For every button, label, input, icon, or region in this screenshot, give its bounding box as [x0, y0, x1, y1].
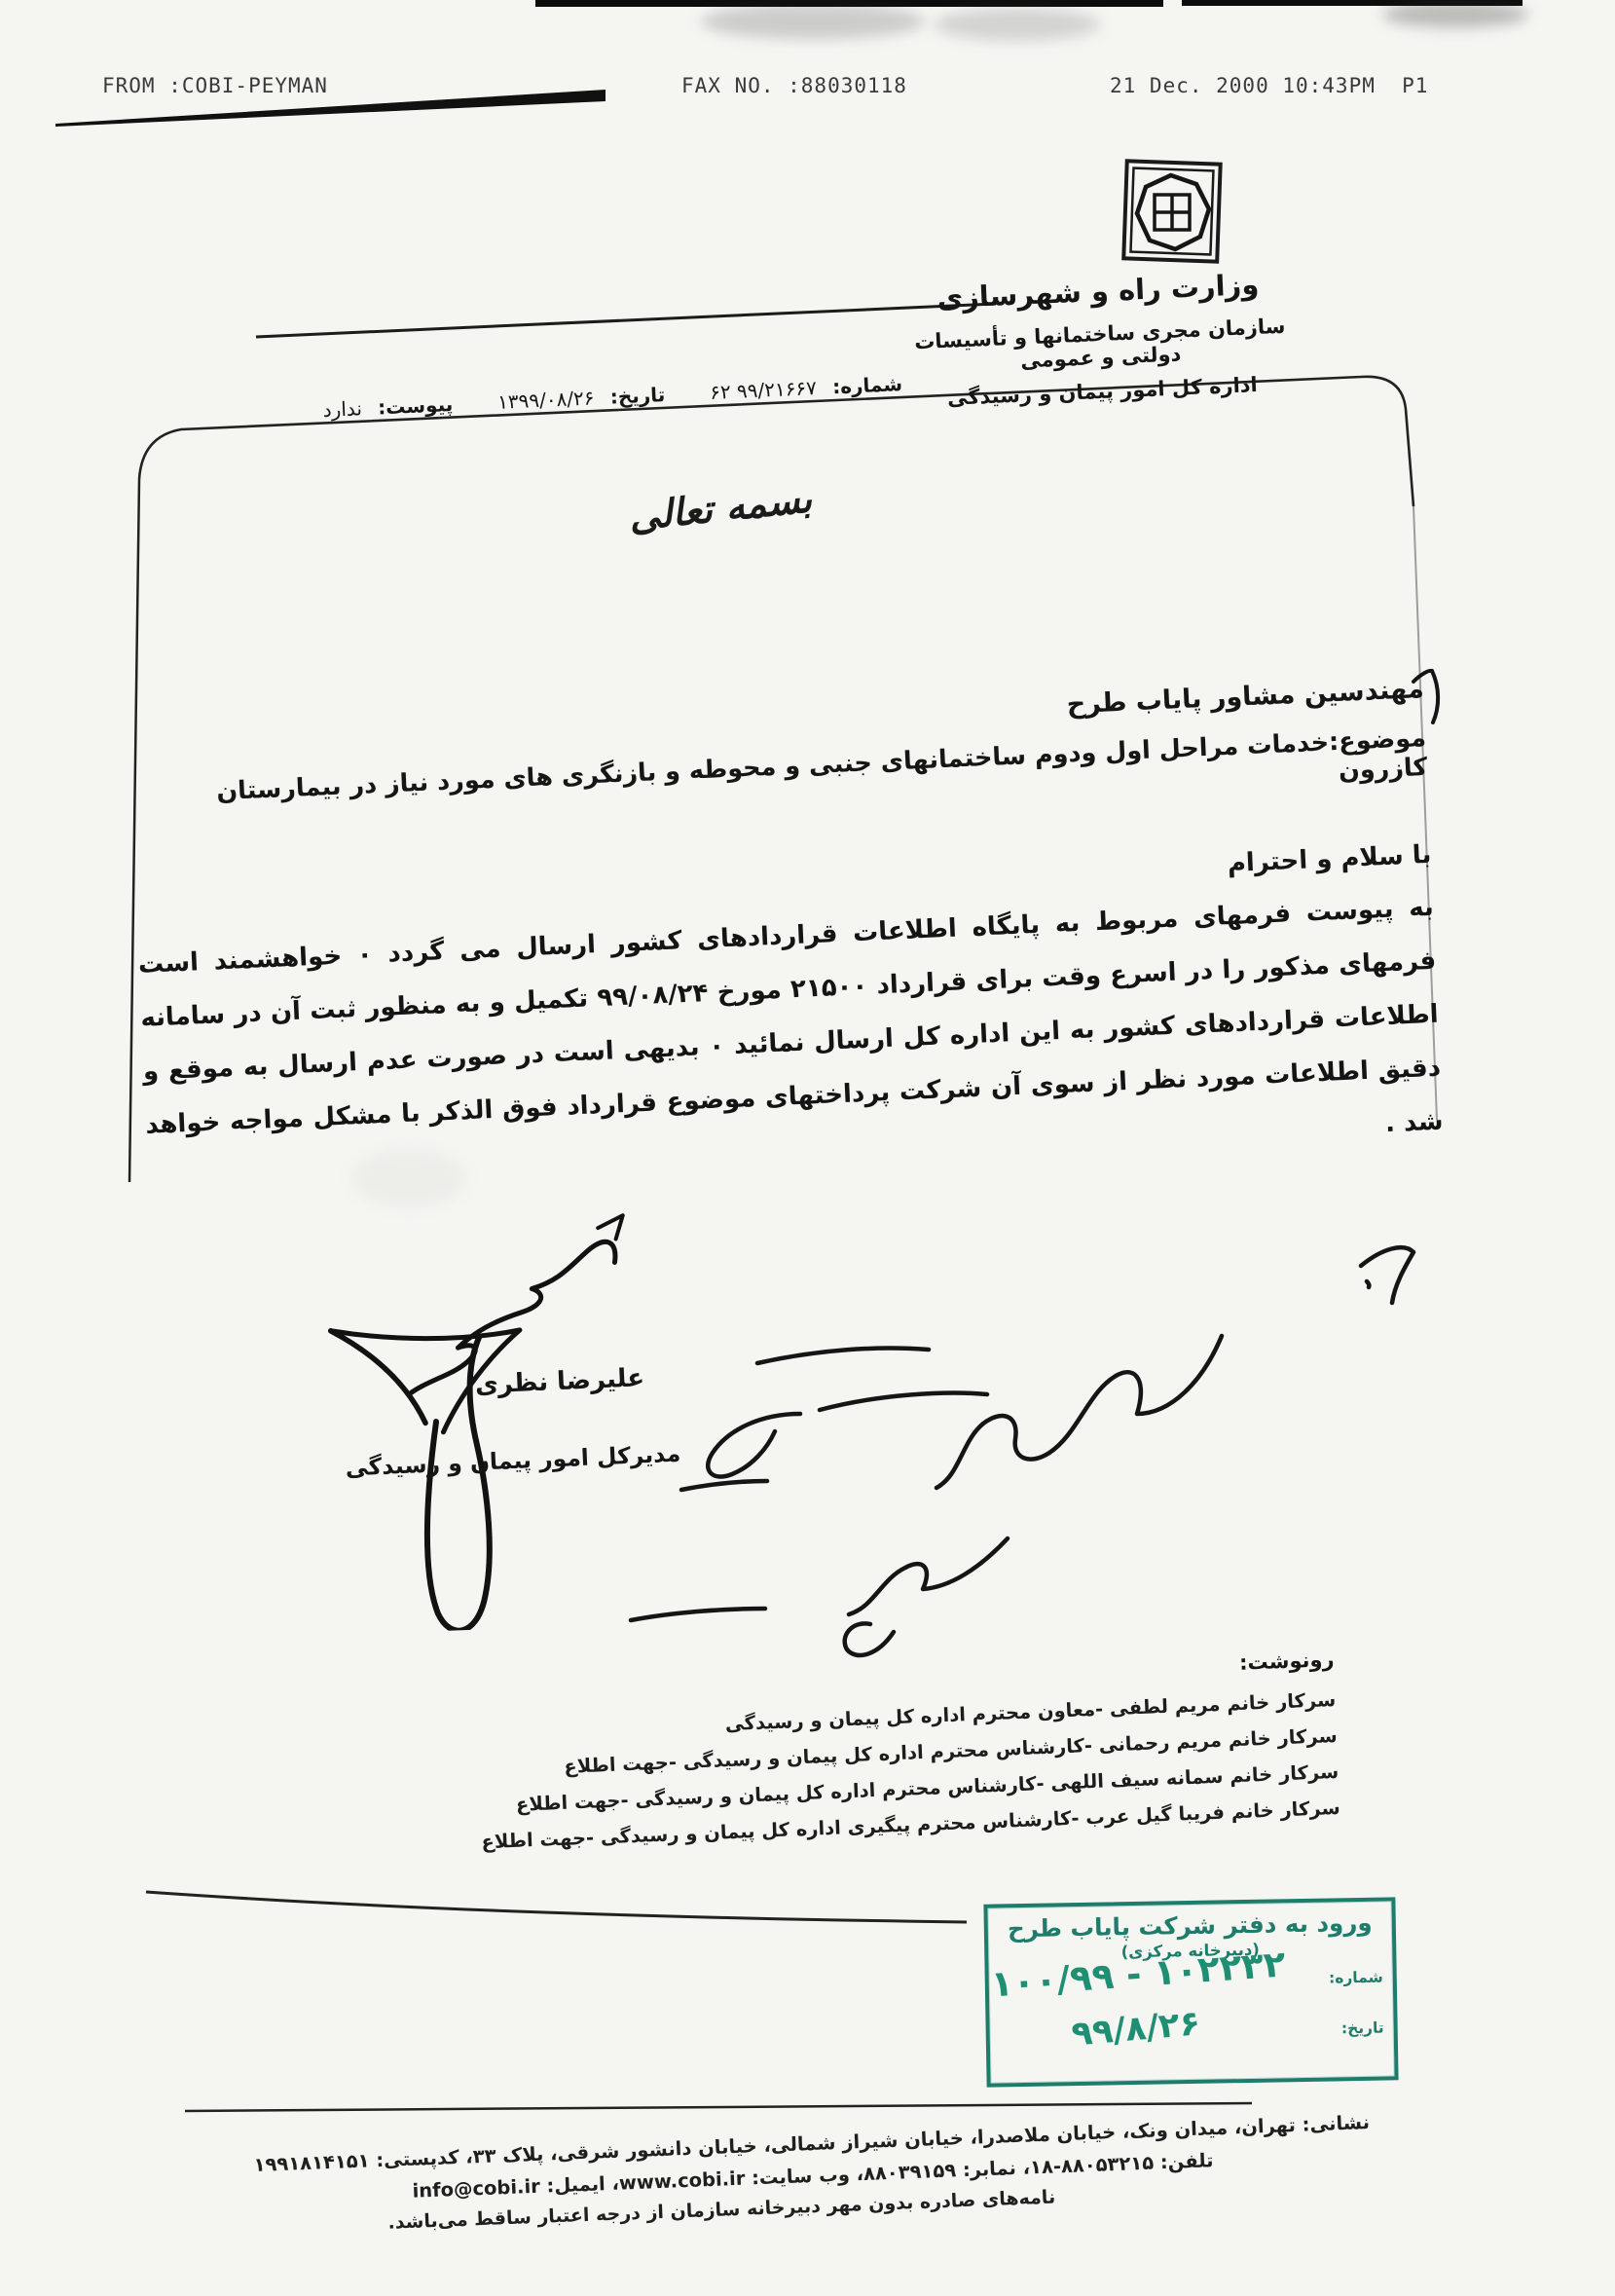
- field-date: تاریخ: ۱۳۹۹/۰۸/۲۶: [497, 383, 666, 414]
- stamp-date-row: تاریخ: ۹۹/۸/۲۶: [989, 2007, 1394, 2064]
- stamp-title: ورود به دفتر شرکت پایاب طرح: [988, 1907, 1392, 1943]
- date-label: تاریخ:: [609, 383, 665, 409]
- ministry-emblem-logo: [1118, 152, 1227, 273]
- stamp-date-label: تاریخ:: [1341, 2019, 1384, 2038]
- fax-timestamp: 21 Dec. 2000 10:43PM P1: [1110, 74, 1428, 97]
- letter-content: مهندسین مشاور پایاب طرح موضوع:خدمات مراح…: [128, 674, 1444, 1206]
- scanned-fax-letter: FROM :COBI-PEYMAN FAX NO. :88030118 21 D…: [0, 0, 1615, 2296]
- attachment-label: پیوست:: [378, 392, 454, 419]
- cc-section: رونوشت: سرکار خانم مریم لطفی -معاون محتر…: [420, 1648, 1341, 1870]
- footer-rule: [185, 2103, 1252, 2111]
- letterhead: وزارت راه و شهرسازی سازمان مجری ساختمانه…: [888, 266, 1311, 413]
- number-label: شماره:: [832, 372, 903, 398]
- field-attachment: پیوست: ندارد: [322, 392, 454, 422]
- letterhead-department: اداره کل امور پیمان و رسیدگی: [893, 371, 1312, 413]
- scan-smudge: [935, 8, 1100, 41]
- fax-number: FAX NO. :88030118: [681, 74, 907, 97]
- letterhead-ministry: وزارت راه و شهرسازی: [888, 266, 1307, 317]
- scan-smudge: [701, 4, 925, 39]
- letterhead-rule: [256, 304, 996, 337]
- meta-fields: شماره: ۶۲ ۹۹/۲۱۶۶۷ تاریخ: ۱۳۹۹/۰۸/۲۶ پیو…: [131, 372, 902, 430]
- besmele-calligraphy: بسمه تعالی: [572, 471, 867, 545]
- fax-from: FROM :COBI-PEYMAN: [102, 74, 328, 97]
- date-value: ۱۳۹۹/۰۸/۲۶: [497, 386, 595, 413]
- company-entry-stamp: ورود به دفتر شرکت پایاب طرح (دبیرخانه مر…: [983, 1897, 1398, 2087]
- stamp-date-handwriting: ۹۹/۸/۲۶: [1070, 2004, 1201, 2054]
- scan-smudge: [1382, 2, 1528, 27]
- number-value: ۶۲ ۹۹/۲۱۶۶۷: [710, 376, 818, 404]
- handwritten-signature: [271, 1201, 772, 1636]
- stamp-number-label: شماره:: [1329, 1969, 1383, 1987]
- letter-body: به پیوست فرمهای مربوط به پایگاه اطلاعات …: [137, 881, 1445, 1207]
- field-number: شماره: ۶۲ ۹۹/۲۱۶۶۷: [710, 372, 903, 404]
- footer: نشانی: تهران، میدان ونک، خیابان ملاصدرا،…: [145, 2107, 1481, 2243]
- frame-bottom: [146, 1892, 967, 1922]
- attachment-value: ندارد: [322, 396, 362, 422]
- letterhead-organization: سازمان مجری ساختمانها و تأسیسات دولتی و …: [890, 314, 1310, 379]
